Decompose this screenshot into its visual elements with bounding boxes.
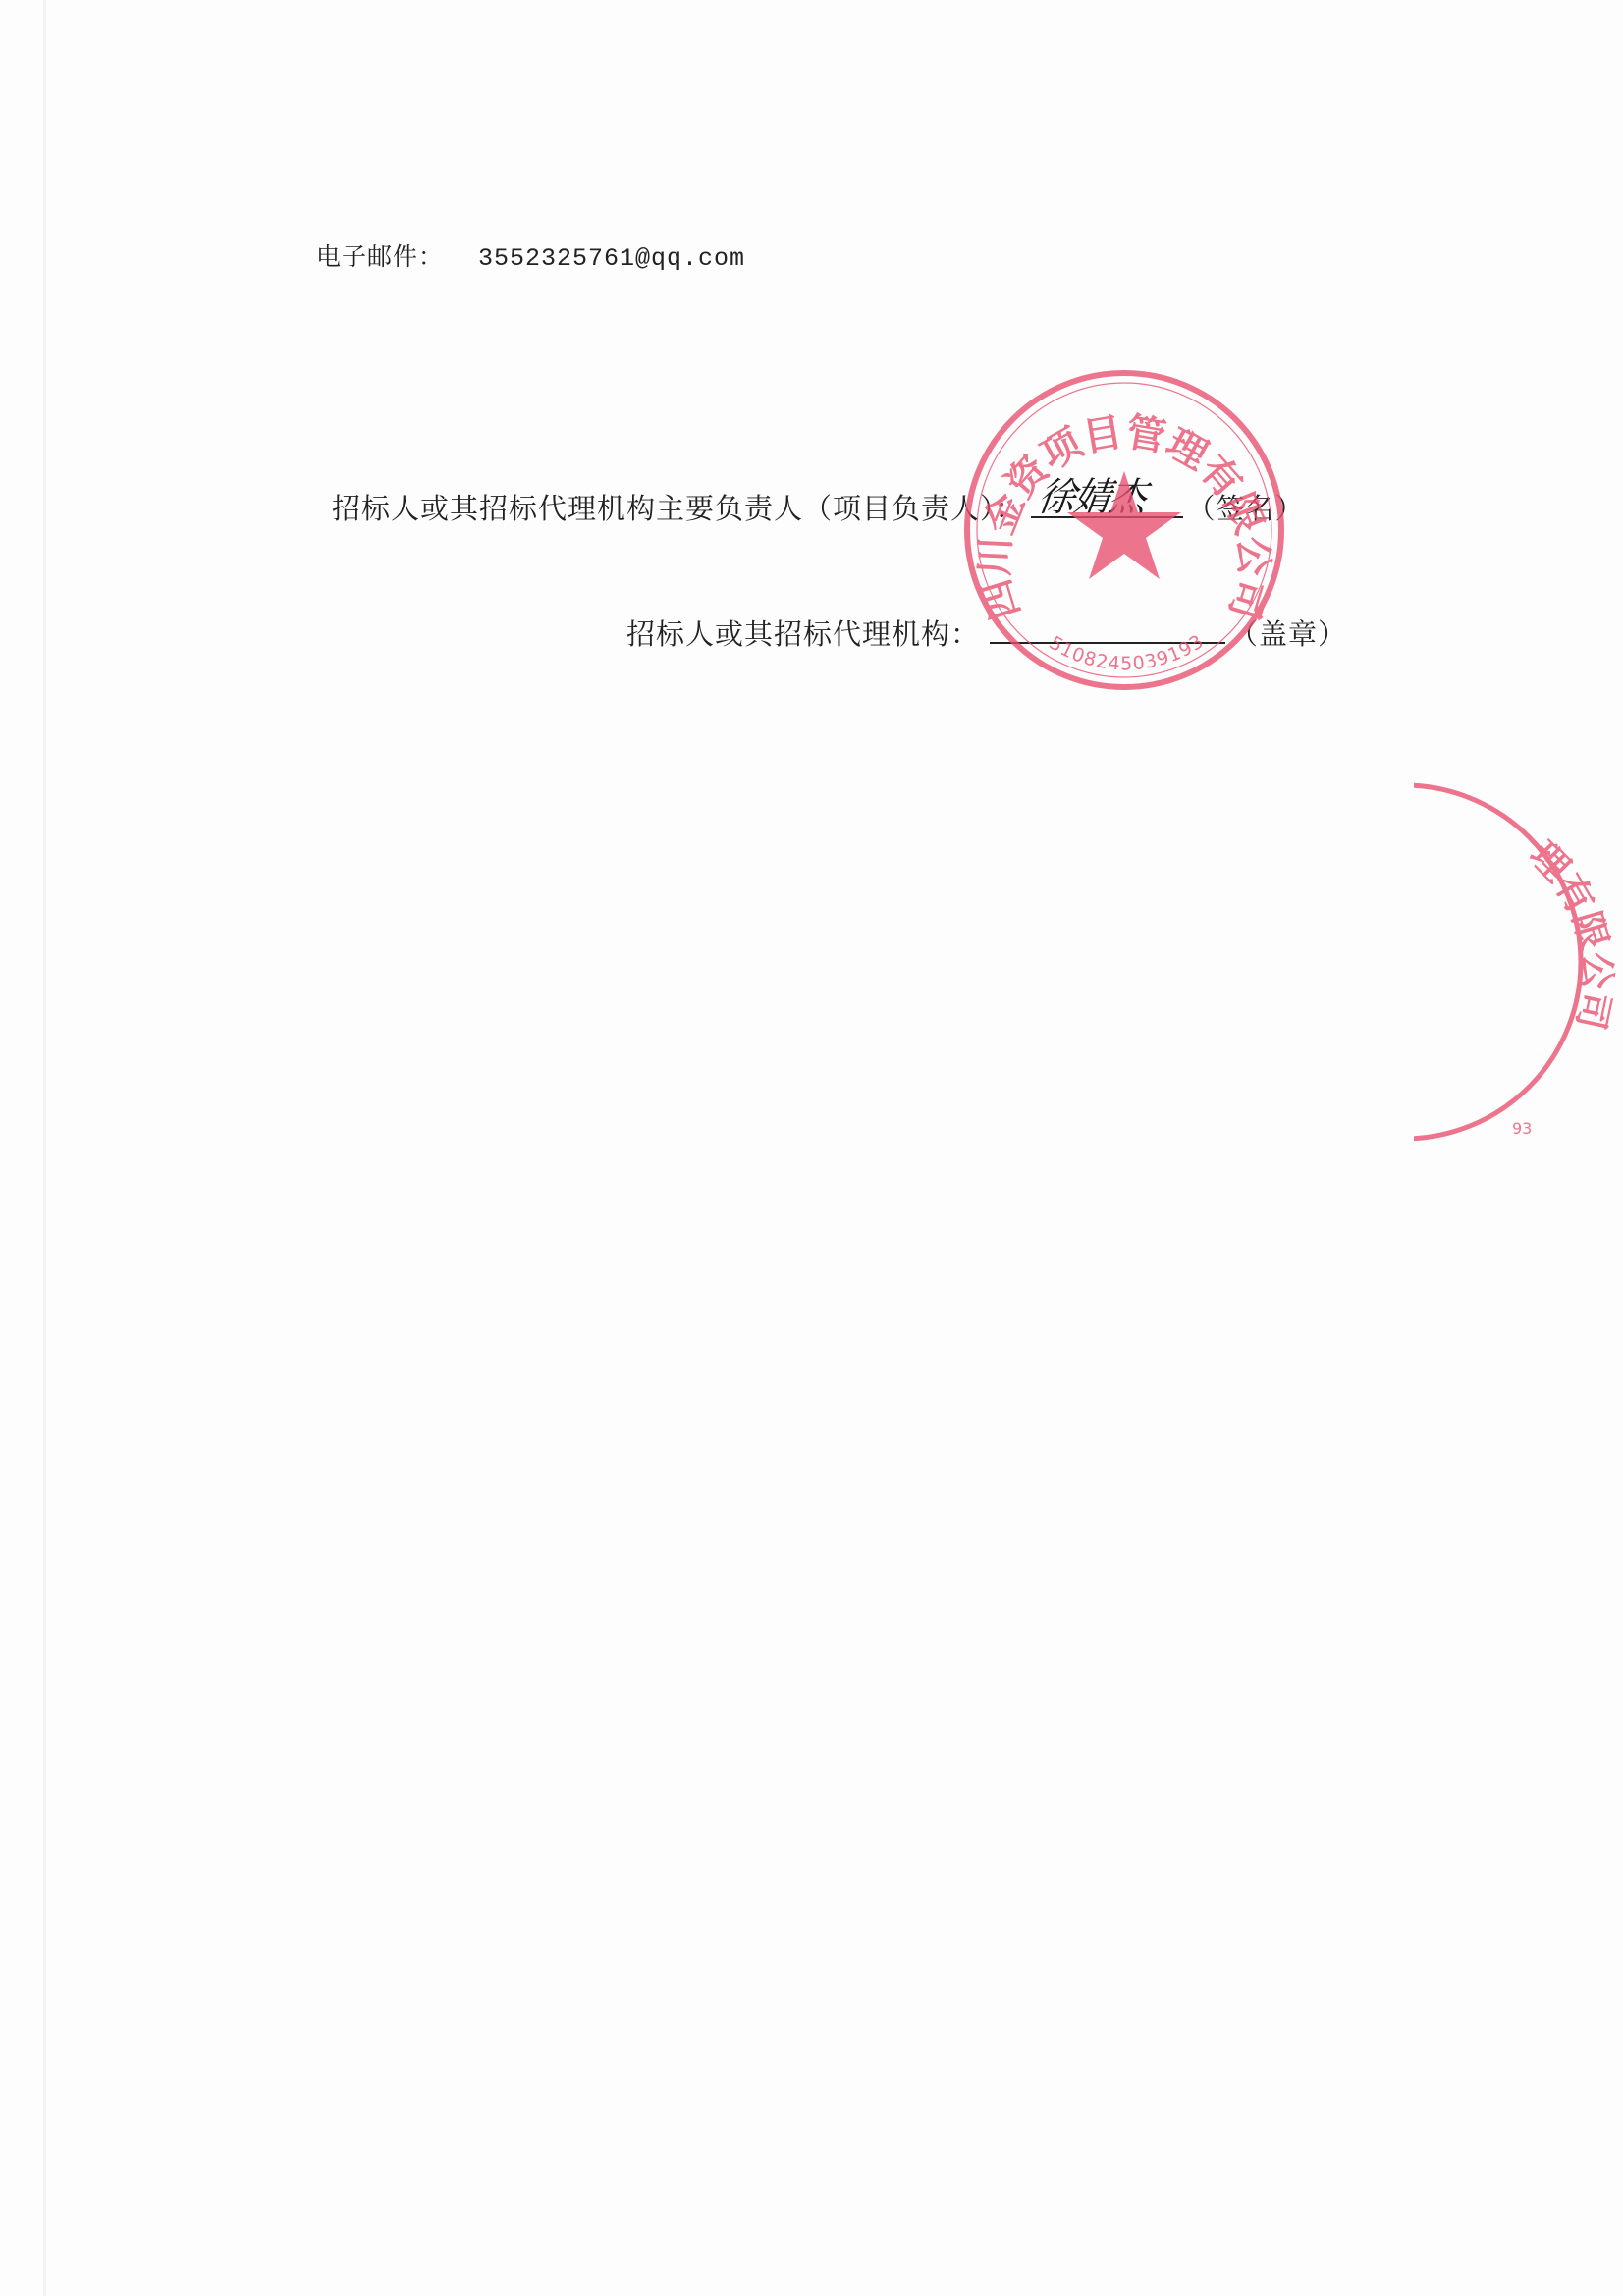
- principal-suffix: （签名）: [1187, 487, 1305, 527]
- principal-label: 招标人或其招标代理机构主要负责人（项目负责人）：: [332, 487, 1025, 527]
- signature-field[interactable]: 徐婧杰: [1031, 481, 1183, 518]
- email-label: 电子邮件：: [316, 242, 444, 271]
- seal-field[interactable]: [990, 607, 1225, 644]
- partial-seal-text: 理有限公司: [1522, 833, 1619, 1034]
- partial-seal-icon: 理有限公司 93: [1414, 775, 1623, 1148]
- agency-suffix: （盖章）: [1229, 613, 1347, 653]
- svg-text:理有限公司: 理有限公司: [1522, 833, 1619, 1034]
- handwritten-signature: 徐婧杰: [1034, 465, 1148, 522]
- email-line: 电子邮件： 3552325761@qq.com: [316, 238, 745, 273]
- scan-page-edge: [43, 0, 46, 2296]
- agency-label: 招标人或其招标代理机构：: [626, 613, 980, 653]
- principal-signature-line: 招标人或其招标代理机构主要负责人（项目负责人）： 徐婧杰 （签名）: [332, 481, 1305, 527]
- partial-seal-number: 93: [1512, 1119, 1532, 1138]
- email-value: 3552325761@qq.com: [478, 244, 745, 273]
- cross-page-seal-partial: 理有限公司 93: [1414, 775, 1623, 1148]
- agency-seal-line: 招标人或其招标代理机构： （盖章）: [626, 607, 1347, 653]
